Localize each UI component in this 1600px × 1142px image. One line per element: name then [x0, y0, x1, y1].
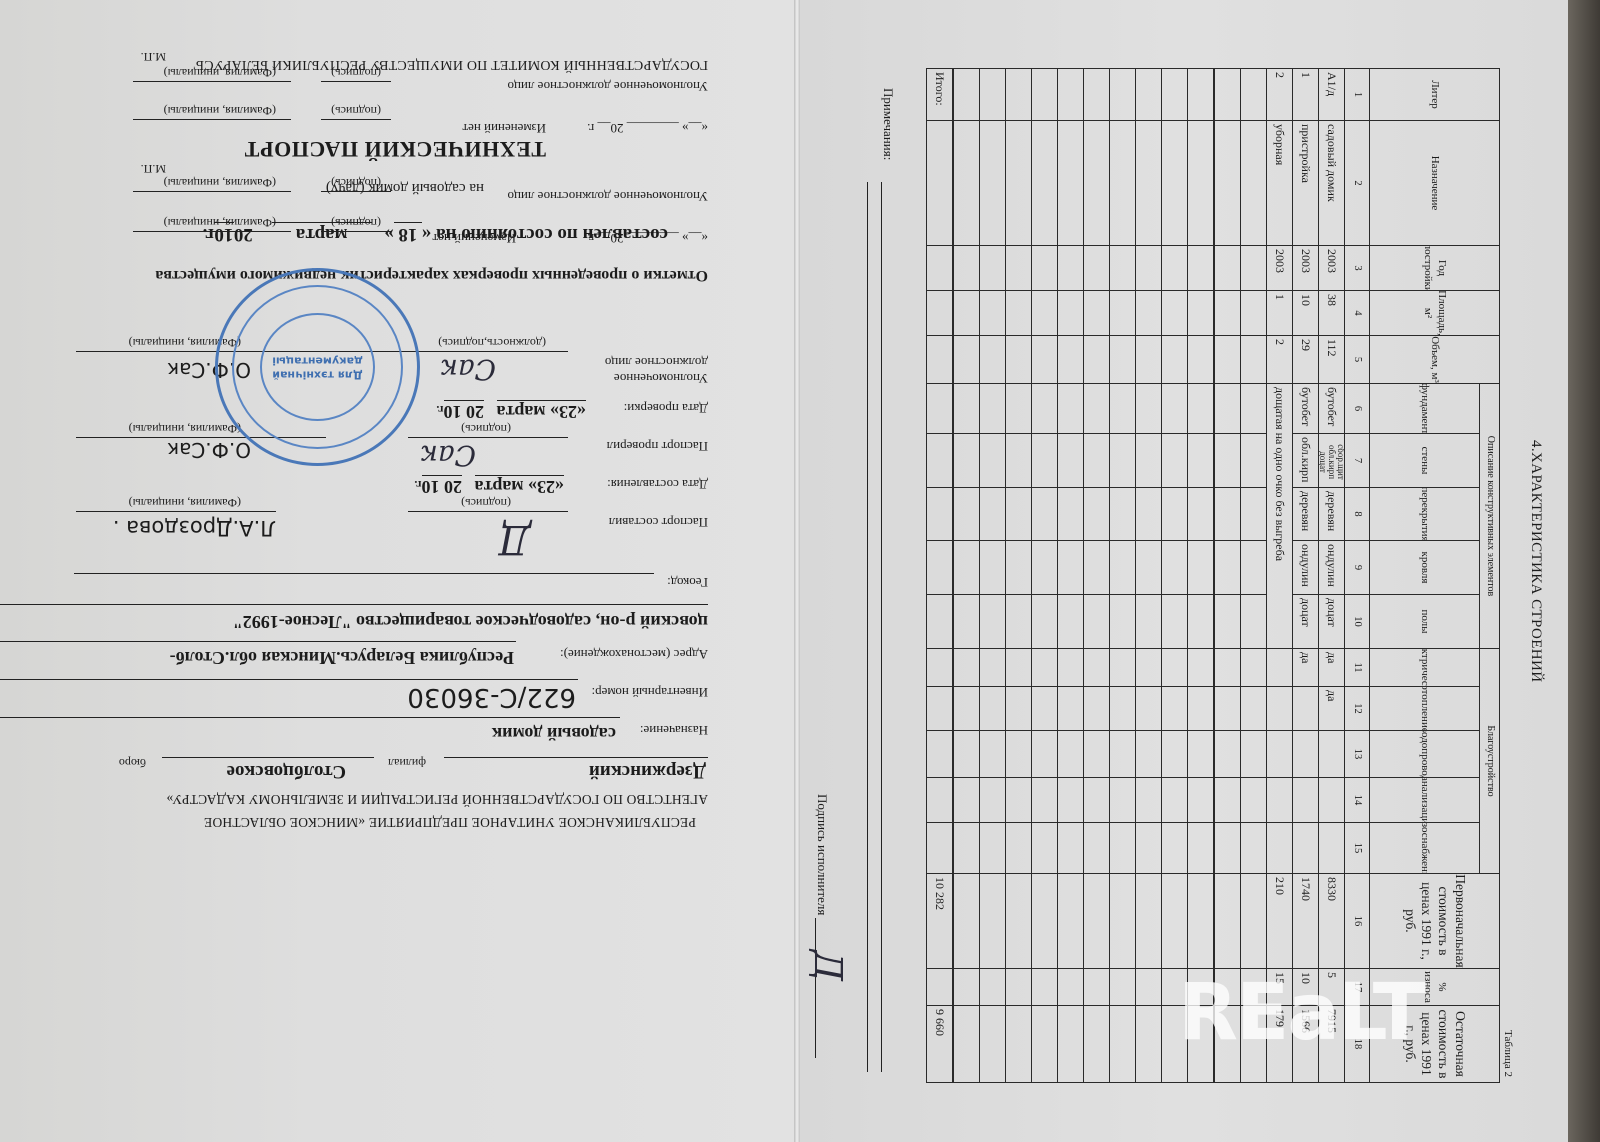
empty-cell [1161, 540, 1188, 595]
empty-cell [953, 383, 980, 434]
table-cell: 210 [1266, 873, 1293, 969]
empty-cell [1240, 540, 1267, 595]
column-number: 16 [1344, 873, 1370, 969]
empty-cell [1214, 245, 1241, 291]
column-number: 11 [1344, 648, 1370, 687]
empty-cell [1240, 245, 1267, 291]
table-cell [926, 487, 953, 541]
branch-label: филиал [388, 755, 426, 770]
column-header: стены [1369, 433, 1480, 488]
table-cell: 2003 [1318, 245, 1345, 291]
empty-cell [953, 120, 980, 246]
column-header: электричество [1369, 648, 1480, 687]
empty-cell [1161, 730, 1188, 778]
empty-cell [1057, 433, 1084, 488]
column-header: Год постройки [1369, 245, 1500, 291]
empty-cell [1135, 540, 1162, 595]
empty-cell [1057, 873, 1084, 969]
inventory-value: 622/С-36030 [407, 682, 576, 712]
compiled-label: Паспорт составил [609, 514, 708, 530]
section-title: 4.ХАРАКТЕРИСТИКА СТРОЕНИЙ [1527, 440, 1544, 682]
empty-cell [1240, 335, 1267, 384]
empty-cell [1187, 873, 1214, 969]
empty-cell [1161, 383, 1188, 434]
empty-cell [1187, 68, 1214, 121]
empty-cell [979, 290, 1006, 336]
empty-cell [1161, 335, 1188, 384]
purpose-value: садовый домик [492, 723, 616, 744]
official-label-1: Уполномоченное [614, 370, 708, 386]
table-cell: сбор.щит обл.кирп доцат [1318, 433, 1345, 488]
empty-cell [1109, 487, 1136, 541]
empty-cell [1214, 648, 1241, 687]
empty-cell [953, 487, 980, 541]
empty-cell [979, 1005, 1006, 1083]
empty-cell [1135, 245, 1162, 291]
empty-cell [1214, 730, 1241, 778]
empty-cell [1005, 120, 1032, 246]
table-cell [1318, 730, 1345, 778]
table-cell: 2 [1266, 68, 1293, 121]
empty-cell [1031, 540, 1058, 595]
empty-cell [979, 120, 1006, 246]
empty-cell [1083, 540, 1110, 595]
column-header: Объем, м³ [1369, 335, 1500, 384]
empty-cell [1057, 335, 1084, 384]
table-cell: да [1292, 648, 1319, 687]
empty-cell [953, 822, 980, 874]
check-2-official: Уполномоченное должностное лицо [507, 78, 708, 94]
empty-cell [1109, 245, 1136, 291]
empty-cell [979, 686, 1006, 731]
empty-cell [1109, 433, 1136, 488]
table-cell [926, 120, 953, 246]
total-initial-cost: 10 282 [926, 873, 953, 969]
executor-signature: Д [806, 950, 850, 981]
column-header: водопровод [1369, 730, 1480, 778]
table-cell [926, 777, 953, 823]
empty-cell [979, 968, 1006, 1006]
empty-cell [1057, 68, 1084, 121]
empty-cell [1135, 290, 1162, 336]
empty-cell [1161, 873, 1188, 969]
table-cell [926, 383, 953, 434]
empty-cell [1187, 777, 1214, 823]
empty-cell [979, 383, 1006, 434]
empty-cell [1083, 594, 1110, 649]
official-signature: Сак [441, 353, 496, 386]
document-title: ТЕХНИЧЕСКИЙ ПАСПОРТ [244, 136, 546, 162]
empty-cell [1005, 873, 1032, 969]
empty-cell [1031, 383, 1058, 434]
empty-cell [1161, 433, 1188, 488]
table-cell [926, 822, 953, 874]
compiled-date-label: Дата составления: [607, 476, 708, 492]
official-stamp: Для тэхнічнай дакументацыі [215, 268, 420, 466]
table-cell: 10 [1292, 290, 1319, 336]
empty-cell [1005, 433, 1032, 488]
empty-cell [1161, 648, 1188, 687]
table-cell: 1 [1292, 68, 1319, 121]
empty-cell [1161, 290, 1188, 336]
empty-cell [1135, 594, 1162, 649]
column-header: газоснабжение [1369, 822, 1480, 874]
empty-cell [1083, 383, 1110, 434]
compiled-date: «23» марта 20 10г. [414, 475, 564, 497]
empty-cell [1005, 1005, 1032, 1083]
empty-cell [1240, 648, 1267, 687]
empty-cell [979, 245, 1006, 291]
table-cell [926, 648, 953, 687]
empty-cell [1031, 594, 1058, 649]
empty-cell [1135, 68, 1162, 121]
empty-cell [1214, 433, 1241, 488]
empty-cell [1214, 290, 1241, 336]
empty-cell [1135, 822, 1162, 874]
empty-cell [1161, 686, 1188, 731]
empty-cell [1161, 245, 1188, 291]
empty-cell [1161, 777, 1188, 823]
empty-cell [1057, 968, 1084, 1006]
column-header: полы [1369, 594, 1480, 649]
empty-cell [953, 540, 980, 595]
column-number: 5 [1344, 335, 1370, 384]
empty-cell [1240, 290, 1267, 336]
bureau-name: Столбцовское [227, 760, 347, 782]
empty-cell [1135, 120, 1162, 246]
empty-cell [979, 648, 1006, 687]
empty-cell [1005, 68, 1032, 121]
empty-cell [1214, 383, 1241, 434]
empty-cell [953, 777, 980, 823]
group-header-construction: Описание конструктивных элементов [1479, 383, 1500, 649]
empty-cell [1031, 777, 1058, 823]
empty-cell [1057, 594, 1084, 649]
table-cell [1318, 822, 1345, 874]
empty-cell [1187, 433, 1214, 488]
table-cell [1292, 777, 1319, 823]
column-number: 4 [1344, 290, 1370, 336]
table-cell: дощатая на одно очко без выгреба [1266, 383, 1293, 649]
empty-cell [1109, 968, 1136, 1006]
table-cell: 1740 [1292, 873, 1319, 969]
background-edge [1568, 0, 1600, 1142]
empty-cell [1031, 487, 1058, 541]
empty-cell [1240, 686, 1267, 731]
column-header: Назначение [1369, 120, 1500, 246]
enterprise-line-1: РЕСПУБЛИКАНСКОЕ УНИТАРНОЕ ПРЕДПРИЯТИЕ «М… [204, 814, 696, 830]
check-date-label: Дата проверки: [624, 400, 708, 416]
empty-cell [1187, 335, 1214, 384]
empty-cell [1031, 290, 1058, 336]
empty-cell [979, 487, 1006, 541]
empty-cell [1005, 290, 1032, 336]
bureau-label: бюро [119, 755, 146, 770]
address-line-2: цовский р-он, садоводческое товарищество… [233, 611, 708, 632]
empty-cell [979, 873, 1006, 969]
table-cell: 1 [1266, 290, 1293, 336]
column-number: 15 [1344, 822, 1370, 874]
empty-cell [1240, 873, 1267, 969]
check-1-official: Уполномоченное должностное лицо [507, 188, 708, 204]
column-header: перекрытия [1369, 487, 1480, 541]
empty-cell [1187, 730, 1214, 778]
empty-cell [1214, 540, 1241, 595]
column-number: 2 [1344, 120, 1370, 246]
empty-cell [1109, 777, 1136, 823]
state-day: 18 [394, 222, 422, 245]
column-number: 14 [1344, 777, 1370, 823]
empty-cell [1031, 1005, 1058, 1083]
empty-cell [1005, 777, 1032, 823]
empty-cell [1057, 290, 1084, 336]
empty-cell [1005, 648, 1032, 687]
table-cell: уборная [1266, 120, 1293, 246]
check-1-date: «__» ________ 20__ г. [587, 230, 708, 246]
empty-cell [1083, 822, 1110, 874]
empty-cell [953, 686, 980, 731]
marks-title: Отметки о проведенных проверках характер… [155, 266, 708, 284]
check-2-date: «__» ________ 20__ г. [587, 120, 708, 136]
empty-cell [979, 594, 1006, 649]
empty-cell [1214, 68, 1241, 121]
empty-cell [953, 648, 980, 687]
empty-cell [1135, 487, 1162, 541]
empty-cell [1187, 686, 1214, 731]
empty-cell [1214, 777, 1241, 823]
empty-cell [1240, 822, 1267, 874]
empty-cell [1240, 383, 1267, 434]
table-cell: 29 [1292, 335, 1319, 384]
empty-cell [1135, 968, 1162, 1006]
table-cell: да [1318, 648, 1345, 687]
empty-cell [1109, 822, 1136, 874]
table-cell [1266, 686, 1293, 731]
empty-cell [1031, 730, 1058, 778]
empty-cell [1187, 822, 1214, 874]
empty-cell [1031, 686, 1058, 731]
empty-cell [1240, 433, 1267, 488]
inventory-label: Инвентарный номер: [592, 684, 708, 700]
empty-cell [1240, 594, 1267, 649]
empty-cell [1187, 383, 1214, 434]
empty-cell [1214, 822, 1241, 874]
empty-cell [979, 822, 1006, 874]
table-cell: доцат [1292, 594, 1319, 649]
empty-cell [1240, 120, 1267, 246]
table-cell: 8330 [1318, 873, 1345, 969]
empty-cell [1135, 873, 1162, 969]
empty-cell [1187, 290, 1214, 336]
address-label: Адрес (местонахождение): [560, 646, 708, 662]
empty-cell [1135, 730, 1162, 778]
empty-cell [1031, 335, 1058, 384]
empty-cell [1057, 487, 1084, 541]
empty-cell [1083, 433, 1110, 488]
table-cell [926, 594, 953, 649]
empty-cell [1057, 777, 1084, 823]
purpose-label: Назначение: [640, 722, 708, 738]
column-header: кровля [1369, 540, 1480, 595]
empty-cell [1005, 730, 1032, 778]
table-cell: 112 [1318, 335, 1345, 384]
empty-cell [953, 594, 980, 649]
check-2-status: Изменений нет [462, 120, 546, 136]
column-number: 13 [1344, 730, 1370, 778]
column-number: 9 [1344, 540, 1370, 595]
table-cell: бутобет [1292, 383, 1319, 434]
empty-cell [953, 290, 980, 336]
empty-cell [953, 730, 980, 778]
empty-cell [1135, 383, 1162, 434]
empty-cell [1135, 777, 1162, 823]
empty-cell [1005, 968, 1032, 1006]
empty-cell [1240, 487, 1267, 541]
branch-name: Дзержинский [589, 760, 706, 782]
empty-cell [1109, 68, 1136, 121]
empty-cell [1109, 873, 1136, 969]
table-cell [926, 335, 953, 384]
column-header: фундамент [1369, 383, 1480, 434]
table-cell [926, 730, 953, 778]
column-number: 6 [1344, 383, 1370, 434]
empty-cell [1135, 335, 1162, 384]
empty-cell [979, 777, 1006, 823]
empty-cell [1031, 120, 1058, 246]
empty-cell [1240, 777, 1267, 823]
total-label: Итого: [926, 68, 953, 121]
empty-cell [1005, 594, 1032, 649]
table-cell: обл.кирп [1292, 433, 1319, 488]
empty-cell [1187, 245, 1214, 291]
table-cell: ондулин [1318, 540, 1345, 595]
empty-cell [1135, 433, 1162, 488]
table-cell [926, 290, 953, 336]
check-date: «23» марта 20 10г. [436, 400, 586, 422]
empty-cell [953, 68, 980, 121]
empty-cell [1187, 120, 1214, 246]
official-label-2: должностное лицо [605, 354, 708, 370]
checker-signature: Сак [421, 439, 476, 472]
empty-cell [1161, 594, 1188, 649]
empty-cell [1109, 1005, 1136, 1083]
left-page-content: ГОСУДАРСТВЕННЫЙ КОМИТЕТ ПО ИМУЩЕСТВУ РЕС… [0, 0, 796, 1142]
executor-label: Подпись исполнителя [814, 794, 830, 915]
empty-cell [1187, 487, 1214, 541]
table-cell: пристройка [1292, 120, 1319, 246]
empty-cell [1187, 540, 1214, 595]
empty-cell [1057, 648, 1084, 687]
table-cell: доцат [1318, 594, 1345, 649]
table-cell [1266, 777, 1293, 823]
empty-cell [1240, 730, 1267, 778]
column-number: 10 [1344, 594, 1370, 649]
empty-cell [1187, 594, 1214, 649]
empty-cell [1109, 540, 1136, 595]
compiler-signature: Д [498, 516, 531, 562]
empty-cell [1031, 873, 1058, 969]
table-cell: да [1318, 686, 1345, 731]
empty-cell [1057, 730, 1084, 778]
empty-cell [1005, 487, 1032, 541]
empty-cell [1109, 594, 1136, 649]
empty-cell [1005, 540, 1032, 595]
official-caption: (должность,подпись) [438, 335, 546, 350]
table-cell: ондулин [1292, 540, 1319, 595]
empty-cell [1083, 245, 1110, 291]
empty-cell [1135, 1005, 1162, 1083]
empty-cell [1214, 120, 1241, 246]
table-label: Таблица 2 [1502, 1030, 1514, 1077]
signature-caption: (подпись) [461, 495, 511, 510]
column-number: 8 [1344, 487, 1370, 541]
empty-cell [1083, 335, 1110, 384]
address-line-1: Республика Беларусь.Минская обл.Столб- [170, 647, 514, 668]
empty-cell [1005, 686, 1032, 731]
table-cell [1266, 648, 1293, 687]
table-cell: садовый домик [1318, 120, 1345, 246]
empty-cell [1214, 594, 1241, 649]
table-cell [926, 686, 953, 731]
empty-cell [1214, 686, 1241, 731]
checked-label: Паспорт проверил [607, 438, 708, 454]
empty-cell [1109, 335, 1136, 384]
empty-cell [1135, 648, 1162, 687]
empty-cell [953, 873, 980, 969]
table-cell [1266, 822, 1293, 874]
column-header: Площадь, м² [1369, 290, 1500, 336]
table-cell: 38 [1318, 290, 1345, 336]
empty-cell [953, 335, 980, 384]
empty-cell [1057, 686, 1084, 731]
empty-cell [1187, 648, 1214, 687]
empty-cell [1083, 968, 1110, 1006]
empty-cell [1109, 120, 1136, 246]
buildings-table: Описание конструктивных элементовБлагоус… [927, 68, 1500, 1082]
empty-cell [1083, 487, 1110, 541]
column-number: 1 [1344, 68, 1370, 121]
table-cell [1266, 730, 1293, 778]
geocode-label: Геокод: [667, 574, 708, 590]
empty-cell [953, 433, 980, 488]
watermark-logo: REaLT [1178, 968, 1424, 1058]
empty-cell [1109, 686, 1136, 731]
table-cell [926, 540, 953, 595]
empty-cell [1161, 487, 1188, 541]
empty-cell [1005, 335, 1032, 384]
empty-cell [1005, 383, 1032, 434]
empty-cell [1031, 245, 1058, 291]
empty-cell [1057, 120, 1084, 246]
table-cell: деревян [1318, 487, 1345, 541]
empty-cell [1031, 68, 1058, 121]
notes-label: Примечания: [880, 88, 896, 160]
empty-cell [1135, 686, 1162, 731]
enterprise-line-2: АГЕНТСТВО ПО ГОСУДАРСТВЕННОЙ РЕГИСТРАЦИИ… [166, 791, 708, 807]
empty-cell [1031, 648, 1058, 687]
compiled-name: Л.А.Дроздова . [113, 516, 276, 540]
empty-cell [1109, 648, 1136, 687]
checked-name: О.Ф.Сак [167, 438, 251, 462]
column-number: 7 [1344, 433, 1370, 488]
column-header: Первоначальная стоимость в ценах 1991 г.… [1369, 873, 1500, 969]
empty-cell [979, 540, 1006, 595]
empty-cell [1057, 1005, 1084, 1083]
table-cell: деревян [1292, 487, 1319, 541]
table-cell: бутобет [1318, 383, 1345, 434]
empty-cell [1161, 120, 1188, 246]
empty-cell [953, 1005, 980, 1083]
